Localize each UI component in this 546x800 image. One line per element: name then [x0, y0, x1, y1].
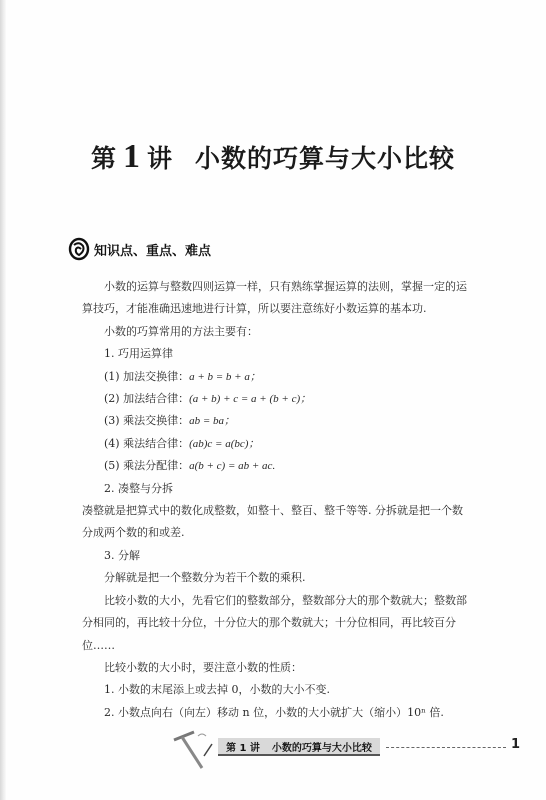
- method-3-title: 3. 分解: [82, 545, 472, 567]
- main-content: 小数的运算与整数四则运算一样，只有熟练掌握运算的法则，掌握一定的运算技巧，才能准…: [82, 276, 472, 724]
- law-item: (5) 乘法分配律：a(b + c) = ab + ac.: [82, 455, 472, 477]
- property-item: 1. 小数的末尾添上或去掉 0，小数的大小不变.: [82, 679, 472, 701]
- law-item: (4) 乘法结合律：(ab)c = a(bc)；: [82, 433, 472, 455]
- footer-chapter-tag: 第 1 讲: [226, 739, 260, 754]
- section-heading: 知识点、重点、难点: [68, 236, 211, 262]
- page-binding-edge: [0, 0, 6, 800]
- chapter-prefix: 第: [91, 144, 117, 173]
- methods-lead: 小数的巧算常用的方法主要有：: [82, 321, 472, 343]
- method-2-text: 凑整就是把算式中的数化成整数，如整十、整百、整千等等. 分拆就是把一个数分成两个…: [82, 500, 472, 545]
- swirl-badge-icon: [68, 237, 90, 261]
- page-footer: 第 1 讲小数的巧算与大小比较 1: [168, 728, 528, 772]
- chapter-name: 小数的巧算与大小比较: [195, 144, 455, 173]
- law-item: (1) 加法交换律：a + b = b + a；: [82, 366, 472, 388]
- page-number: 1: [511, 737, 520, 752]
- method-1-title: 1. 巧用运算律: [82, 343, 472, 365]
- law-item: (2) 加法结合律：(a + b) + c = a + (b + c)；: [82, 388, 472, 410]
- footer-dashed-rule: [386, 747, 506, 748]
- property-lead: 比较小数的大小时，要注意小数的性质：: [82, 657, 472, 679]
- method-2-title: 2. 凑整与分拆: [82, 478, 472, 500]
- chapter-title: 第1讲小数的巧算与大小比较: [0, 138, 546, 176]
- compass-ruler-icon: [168, 728, 218, 772]
- intro-paragraph: 小数的运算与整数四则运算一样，只有熟练掌握运算的法则，掌握一定的运算技巧，才能准…: [82, 276, 472, 321]
- footer-chapter-title: 小数的巧算与大小比较: [272, 739, 372, 754]
- law-item: (3) 乘法交换律：ab = ba；: [82, 410, 472, 432]
- chapter-suffix: 讲: [147, 144, 173, 173]
- chapter-number: 1: [123, 138, 141, 175]
- property-item: 2. 小数点向右（向左）移动 n 位，小数的大小就扩大（缩小）10ⁿ 倍.: [82, 702, 472, 724]
- method-3-text: 分解就是把一个整数分为若干个数的乘积.: [82, 567, 472, 589]
- compare-paragraph: 比较小数的大小，先看它们的整数部分，整数部分大的那个数就大；整数部分相同的，再比…: [82, 590, 472, 657]
- section-label: 知识点、重点、难点: [94, 240, 211, 259]
- footer-chapter-tab: 第 1 讲小数的巧算与大小比较: [218, 738, 380, 756]
